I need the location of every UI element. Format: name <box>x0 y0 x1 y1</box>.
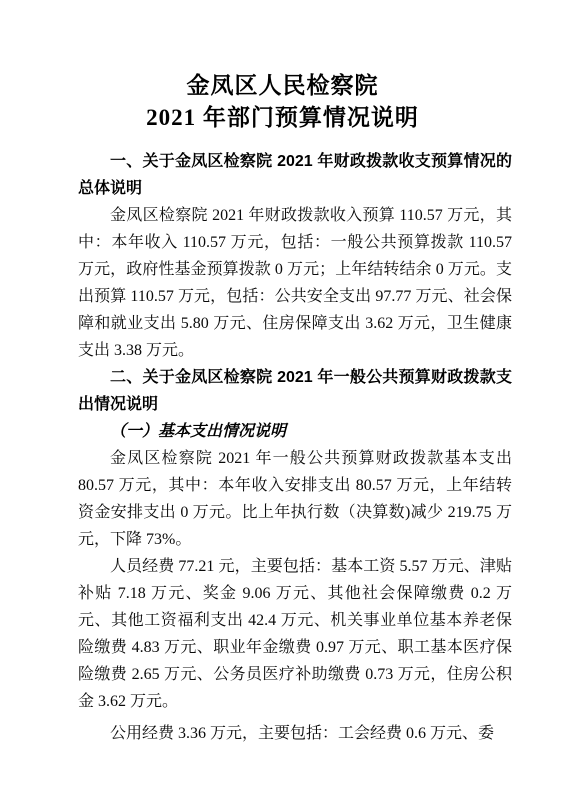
section-2-sub-heading: （一）基本支出情况说明 <box>78 418 512 445</box>
document-title-line2: 2021 年部门预算情况说明 <box>0 102 565 134</box>
document-body: 一、关于金凤区检察院 2021 年财政拨款收支预算情况的总体说明 金凤区检察院 … <box>78 148 512 747</box>
document-page: 金凤区人民检察院 2021 年部门预算情况说明 一、关于金凤区检察院 2021 … <box>0 0 565 800</box>
section-2-heading: 二、关于金凤区检察院 2021 年一般公共预算财政拨款支出情况说明 <box>78 364 512 418</box>
document-title: 金凤区人民检察院 2021 年部门预算情况说明 <box>0 0 565 134</box>
document-title-line1: 金凤区人民检察院 <box>0 70 565 102</box>
section-2-paragraph-basic-expenditure: 金凤区检察院 2021 年一般公共预算财政拨款基本支出 80.57 万元，其中：… <box>78 445 512 553</box>
section-2-paragraph-personnel-funds: 人员经费 77.21 元，主要包括：基本工资 5.57 万元、津贴补贴 7.18… <box>78 553 512 715</box>
section-1-paragraph: 金凤区检察院 2021 年财政拨款收入预算 110.57 万元，其中：本年收入 … <box>78 202 512 364</box>
section-2-paragraph-public-funds: 公用经费 3.36 万元，主要包括：工会经费 0.6 万元、委 <box>78 720 512 747</box>
section-1-heading: 一、关于金凤区检察院 2021 年财政拨款收支预算情况的总体说明 <box>78 148 512 202</box>
